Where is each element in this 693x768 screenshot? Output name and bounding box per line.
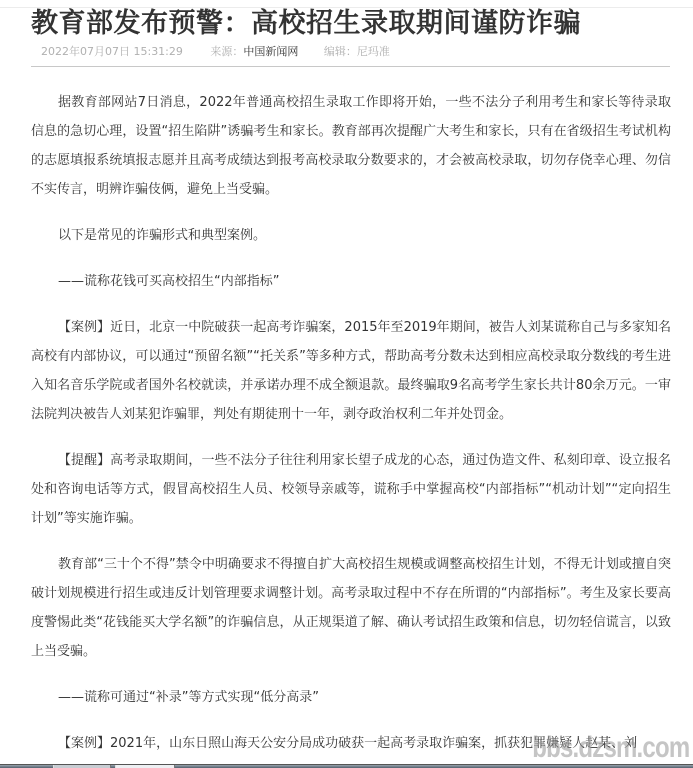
paragraph-case-1: 【案例】近日，北京一中院破获一起高考诈骗案，2015年至2019年期间，被告人刘…	[31, 313, 671, 429]
source-name[interactable]: 中国新闻网	[243, 45, 298, 58]
article-title: 教育部发布预警：高校招生录取期间谨防诈骗	[31, 6, 581, 42]
paragraph-overview: 以下是常见的诈骗形式和典型案例。	[31, 221, 671, 250]
publish-date: 2022年07月07日 15:31:29	[41, 45, 183, 58]
editor-label: 编辑：	[324, 45, 357, 58]
paragraph-ministry-rules: 教育部“三十个不得”禁令中明确要求不得擅自扩大高校招生规模或调整高校招生计划，不…	[31, 550, 671, 666]
paragraph-reminder-1: 【提醒】高考录取期间，一些不法分子往往利用家长望子成龙的心态，通过伪造文件、私刻…	[31, 446, 671, 533]
source: 来源：中国新闻网	[210, 45, 298, 58]
section-heading-low-score: ——谎称可通过“补录”等方式实现“低分高录”	[31, 683, 671, 712]
title-divider	[31, 66, 670, 67]
article-meta: 2022年07月07日 15:31:29 来源：中国新闻网 编辑：尼玛准	[41, 45, 390, 59]
article-body: 据教育部网站7日消息，2022年普通高校招生录取工作即将开始，一些不法分子利用考…	[31, 88, 671, 768]
taskbar	[0, 764, 693, 768]
paragraph-intro: 据教育部网站7日消息，2022年普通高校招生录取工作即将开始，一些不法分子利用考…	[31, 88, 671, 204]
source-label: 来源：	[210, 45, 243, 58]
section-heading-internal-quota: ——谎称花钱可买高校招生“内部指标”	[31, 267, 671, 296]
editor-name: 尼玛准	[357, 45, 390, 58]
watermark: bbs.dzsm.com	[532, 732, 689, 764]
editor: 编辑：尼玛准	[324, 45, 390, 58]
